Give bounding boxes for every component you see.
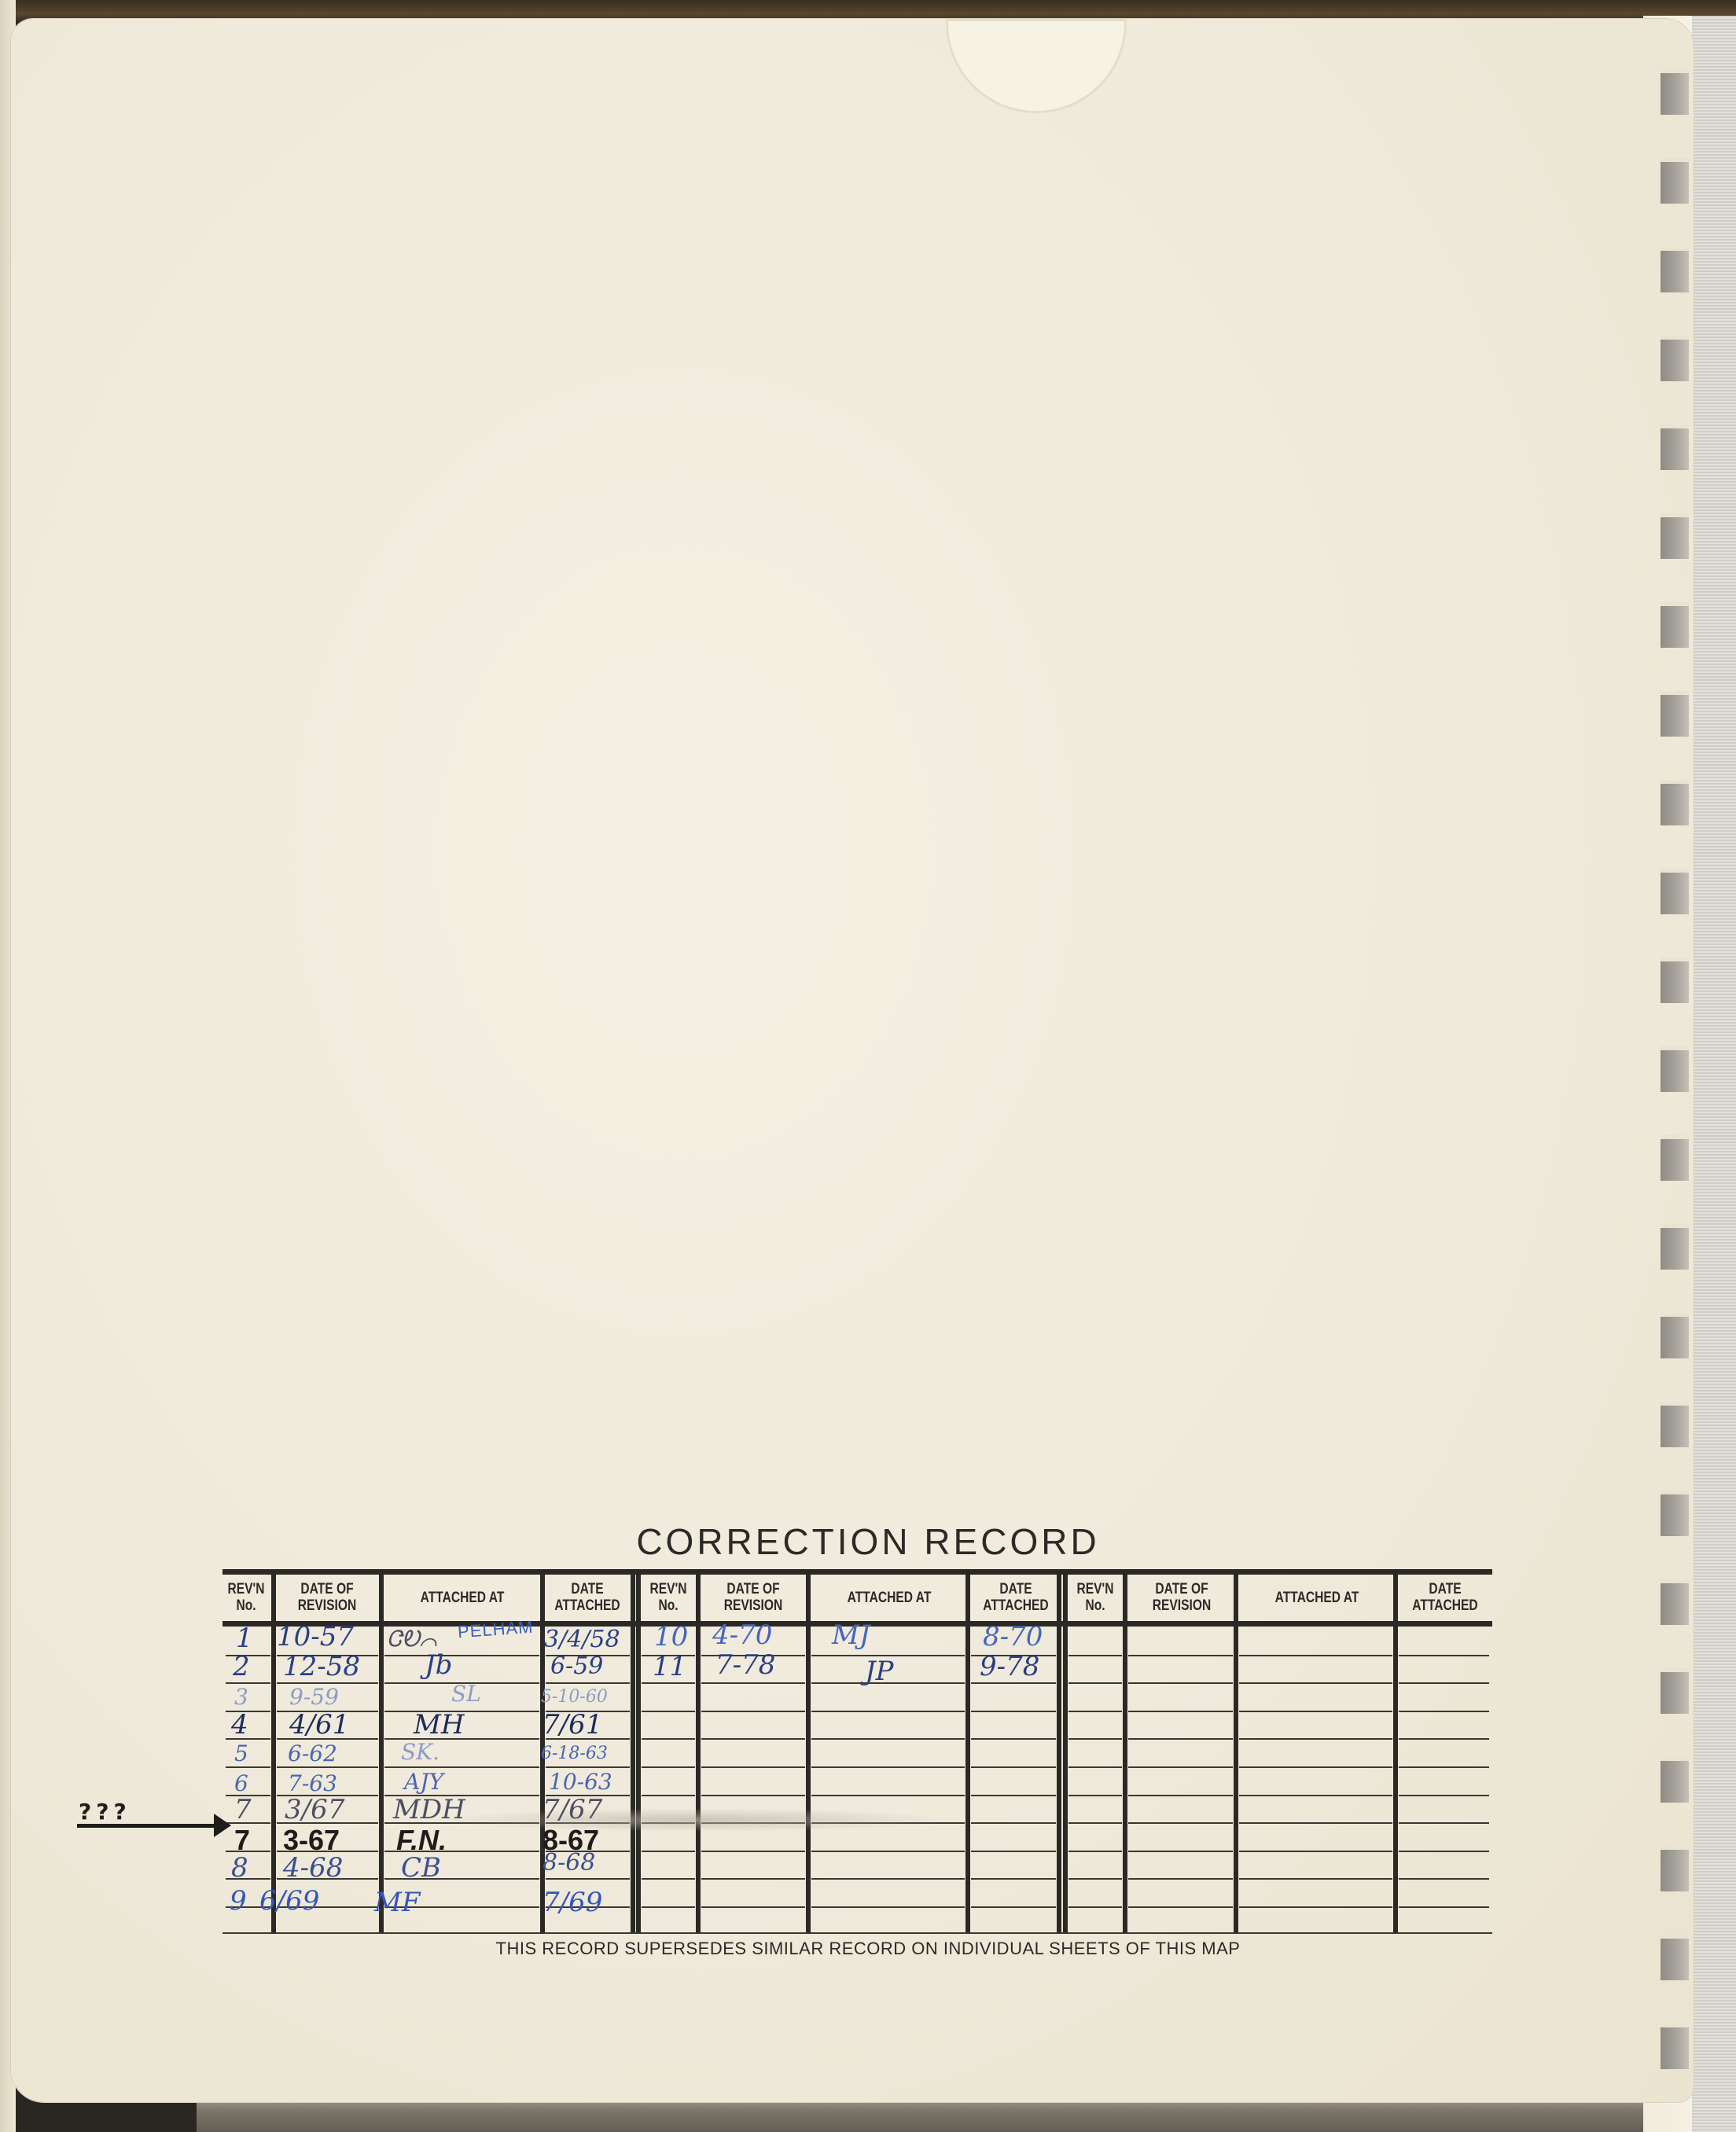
cell-attached-at: SK. — [401, 1739, 440, 1765]
row-rule — [1239, 1822, 1392, 1824]
row-rule — [811, 1878, 965, 1880]
row-rule — [1399, 1822, 1489, 1824]
column-divider — [1063, 1569, 1068, 1932]
header-date-of-revision: DATE OF REVISION — [1137, 1575, 1227, 1619]
header-attached-at: ATTACHED AT — [825, 1575, 954, 1619]
row-rule — [546, 1878, 630, 1880]
row-rule — [701, 1682, 805, 1684]
cell-date-attached: 8-68 — [542, 1849, 595, 1877]
cell-rev: 9 — [230, 1885, 247, 1917]
header-date-of-revision: DATE OF REVISION — [708, 1575, 799, 1619]
column-divider — [965, 1569, 970, 1932]
cell-attached-at: AJY — [404, 1769, 443, 1795]
binder-ring — [1661, 1135, 1689, 1181]
cell-date-attached: 7/67 — [542, 1794, 602, 1825]
table-bottom-rule — [223, 1932, 1492, 1934]
row-rule — [811, 1738, 965, 1740]
row-rule — [1239, 1682, 1392, 1684]
cell-date-of-revision: 3/67 — [285, 1794, 344, 1825]
column-divider — [696, 1569, 701, 1932]
binder-ring — [1661, 513, 1689, 559]
row-rule — [971, 1795, 1056, 1796]
cell-attached-at: MJ — [832, 1619, 870, 1651]
row-rule — [811, 1851, 965, 1852]
column-divider — [631, 1569, 635, 1932]
cell-date-of-revision: 6/69 — [259, 1885, 319, 1917]
column-divider — [806, 1569, 811, 1932]
header-date-attached: DATE ATTACHED — [978, 1575, 1054, 1619]
row-rule — [1128, 1822, 1233, 1824]
row-rule — [642, 1906, 695, 1908]
arrow-shaft — [77, 1824, 226, 1828]
row-rule — [811, 1795, 965, 1796]
binder-ring — [1661, 780, 1689, 825]
cell-date-of-revision: 4/61 — [289, 1709, 349, 1741]
row-rule — [1068, 1851, 1122, 1852]
header-rev-no: REV'N No. — [644, 1575, 693, 1619]
row-rule — [642, 1795, 695, 1796]
binder-ring — [1661, 1579, 1689, 1625]
cell-date-attached: 5-10-60 — [541, 1687, 608, 1707]
cell-rev: 4 — [231, 1709, 248, 1741]
cell-date-of-revision: 6-62 — [288, 1741, 337, 1766]
row-rule — [277, 1766, 378, 1768]
binder-ring — [1661, 1224, 1689, 1270]
arrow-pointer-icon — [214, 1814, 231, 1837]
row-rule — [701, 1906, 805, 1908]
row-rule — [1068, 1822, 1122, 1824]
row-rule — [701, 1766, 805, 1768]
row-rule — [971, 1738, 1056, 1740]
row-rule — [1399, 1906, 1489, 1908]
row-rule — [1239, 1655, 1392, 1656]
row-rule — [546, 1766, 630, 1768]
row-rule — [1068, 1795, 1122, 1796]
row-rule — [1399, 1682, 1489, 1684]
row-rule — [1128, 1851, 1233, 1852]
row-rule — [971, 1766, 1056, 1768]
binder-ring — [1661, 336, 1689, 381]
margin-question-marks: ??? — [79, 1799, 131, 1825]
row-rule — [1068, 1738, 1122, 1740]
cell-date-attached: 6-18-63 — [541, 1744, 608, 1763]
cell-date-attached: 9-78 — [980, 1651, 1039, 1682]
cell-date-attached: 8-70 — [983, 1621, 1043, 1652]
row-rule — [811, 1711, 965, 1712]
cell-date-of-revision: 12-58 — [283, 1651, 360, 1682]
row-rule — [1239, 1738, 1392, 1740]
row-rule — [1068, 1906, 1122, 1908]
column-divider — [1123, 1569, 1127, 1932]
binder-ring — [1661, 1313, 1689, 1358]
column-divider — [1234, 1569, 1238, 1932]
row-rule — [1399, 1738, 1489, 1740]
cell-date-attached: 7/69 — [542, 1887, 602, 1918]
row-rule — [1239, 1878, 1392, 1880]
row-rule — [1399, 1878, 1489, 1880]
binder-ring — [1661, 1668, 1689, 1714]
row-rule — [1068, 1878, 1122, 1880]
row-rule — [971, 1851, 1056, 1852]
row-rule — [701, 1738, 805, 1740]
cell-rev: 10 — [654, 1621, 688, 1652]
row-rule — [971, 1822, 1056, 1824]
row-rule — [1068, 1682, 1122, 1684]
binder-ring — [1661, 425, 1689, 470]
row-rule — [1128, 1766, 1233, 1768]
cell-attached-at: MDH — [393, 1794, 465, 1825]
row-rule — [642, 1851, 695, 1852]
cell-rev: 1 — [236, 1623, 253, 1654]
binder-ring — [1661, 1402, 1689, 1447]
cell-rev: 5 — [234, 1741, 248, 1766]
cell-date-attached: 7/61 — [542, 1709, 602, 1741]
cell-rev: 3 — [234, 1684, 248, 1710]
page-title: CORRECTION RECORD — [0, 1520, 1736, 1563]
header-rev-no: REV'N No. — [222, 1575, 270, 1619]
header-attached-at: ATTACHED AT — [1252, 1575, 1381, 1619]
supersedes-note: THIS RECORD SUPERSEDES SIMILAR RECORD ON… — [0, 1939, 1736, 1959]
cell-rev: 8 — [231, 1852, 248, 1884]
row-rule — [1128, 1655, 1233, 1656]
row-rule — [226, 1766, 270, 1768]
binder-ring — [1661, 158, 1689, 204]
row-rule — [811, 1766, 965, 1768]
cell-date-of-revision: 7-63 — [288, 1770, 337, 1796]
row-rule — [642, 1878, 695, 1880]
row-rule — [1128, 1711, 1233, 1712]
row-rule — [1128, 1738, 1233, 1740]
row-rule — [1128, 1795, 1233, 1796]
row-rule — [971, 1878, 1056, 1880]
row-rule — [701, 1711, 805, 1712]
row-rule — [1239, 1766, 1392, 1768]
column-divider — [636, 1569, 641, 1932]
binder-ring — [1661, 2024, 1689, 2069]
binder-ring — [1661, 69, 1689, 115]
row-rule — [642, 1766, 695, 1768]
cell-date-of-revision: 10-57 — [277, 1621, 354, 1652]
row-rule — [1068, 1711, 1122, 1712]
row-rule — [971, 1682, 1056, 1684]
row-rule — [642, 1682, 695, 1684]
cell-date-of-revision: 9-59 — [289, 1684, 339, 1710]
binder-ring — [1661, 602, 1689, 648]
header-date-attached: DATE ATTACHED — [550, 1575, 626, 1619]
binder-ring — [1661, 958, 1689, 1003]
row-rule — [1128, 1682, 1233, 1684]
cell-date-attached: 3/4/58 — [544, 1626, 620, 1653]
row-rule — [971, 1711, 1056, 1712]
binder-ring — [1661, 1846, 1689, 1891]
cell-rev: 7 — [234, 1794, 252, 1825]
row-rule — [701, 1795, 805, 1796]
cell-date-of-revision: 4-68 — [283, 1852, 343, 1884]
cell-rev: 11 — [653, 1651, 686, 1682]
binder-ring — [1661, 1046, 1689, 1092]
cell-date-attached: 6-59 — [550, 1652, 603, 1680]
table-top-rule — [223, 1569, 1492, 1575]
row-rule — [384, 1655, 539, 1656]
binder-spine — [1690, 16, 1736, 2132]
row-rule — [1239, 1711, 1392, 1712]
row-rule — [701, 1878, 805, 1880]
binder-ring — [1661, 247, 1689, 292]
header-date-attached: DATE ATTACHED — [1407, 1575, 1484, 1619]
row-rule — [1068, 1655, 1122, 1656]
row-rule — [1399, 1766, 1489, 1768]
cell-rev: 6 — [234, 1770, 248, 1796]
row-rule — [701, 1851, 805, 1852]
column-divider — [1393, 1569, 1398, 1932]
cell-attached-at: Jb — [425, 1649, 452, 1681]
row-rule — [1128, 1906, 1233, 1908]
column-divider — [1057, 1569, 1061, 1932]
row-rule — [1239, 1906, 1392, 1908]
column-divider — [379, 1569, 384, 1932]
header-attached-at: ATTACHED AT — [398, 1575, 527, 1619]
cell-rev: 2 — [233, 1651, 250, 1682]
row-rule — [642, 1711, 695, 1712]
header-date-of-revision: DATE OF REVISION — [282, 1575, 371, 1619]
cell-signature: ᏣᎧ⌒ — [387, 1626, 437, 1652]
cell-attached-at: CB — [401, 1852, 441, 1884]
row-rule — [1399, 1851, 1489, 1852]
row-rule — [384, 1766, 539, 1768]
row-rule — [1128, 1878, 1233, 1880]
row-rule — [971, 1906, 1056, 1908]
cell-attached-at: JP — [865, 1656, 894, 1687]
row-rule — [546, 1682, 630, 1684]
cell-date-of-revision: 4-70 — [712, 1619, 772, 1651]
cell-date-of-revision: 7-78 — [715, 1649, 775, 1681]
column-divider — [271, 1569, 276, 1932]
cell-attached-at: SL — [451, 1681, 481, 1707]
row-rule — [811, 1906, 965, 1908]
smudge-mark — [440, 1808, 951, 1832]
header-rev-no: REV'N No. — [1071, 1575, 1120, 1619]
row-rule — [1239, 1795, 1392, 1796]
row-rule — [1399, 1711, 1489, 1712]
row-rule — [1239, 1851, 1392, 1852]
row-rule — [642, 1738, 695, 1740]
binder-ring — [1661, 869, 1689, 914]
row-rule — [1068, 1766, 1122, 1768]
cell-attached-at: MF — [374, 1887, 420, 1918]
cell-attached-at: MH — [414, 1709, 464, 1741]
row-rule — [1399, 1795, 1489, 1796]
binder-ring — [1661, 1757, 1689, 1803]
row-rule — [1399, 1655, 1489, 1656]
binder-ring — [1661, 691, 1689, 737]
cell-date-attached: 10-63 — [549, 1769, 612, 1795]
